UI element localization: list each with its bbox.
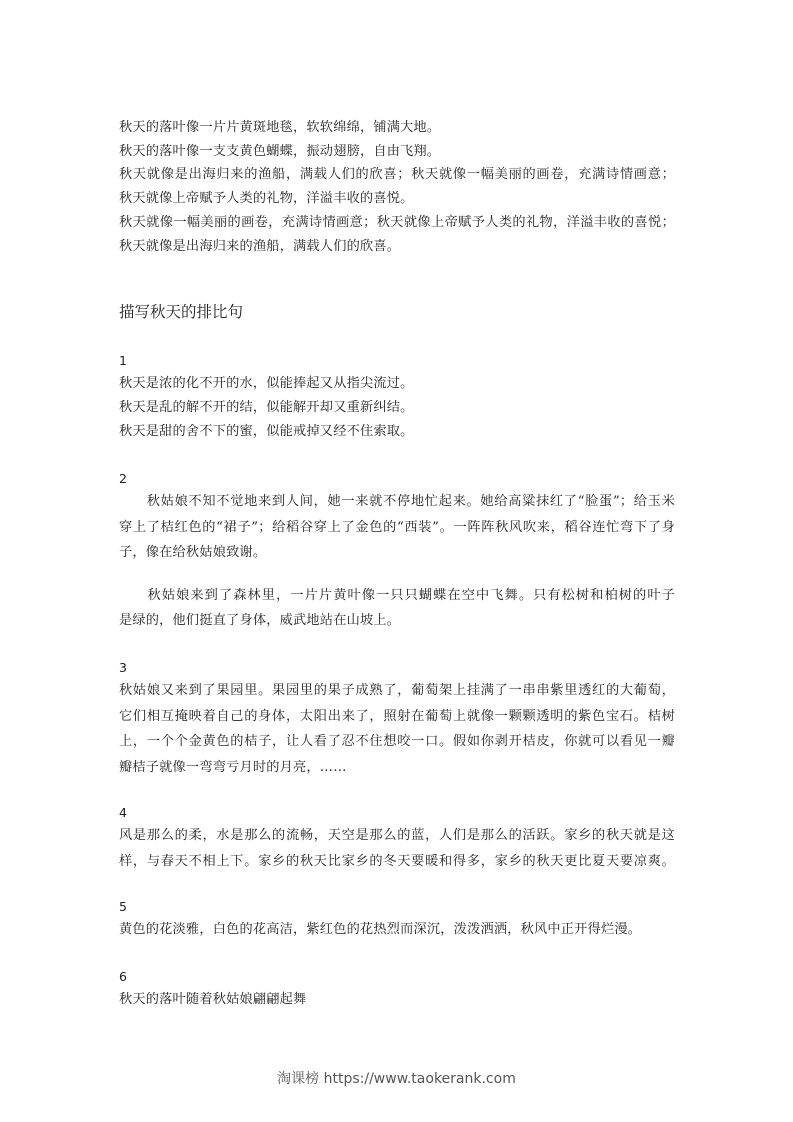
section-heading: 描写秋天的排比句	[119, 300, 243, 324]
intro-line: 秋天就像是出海归来的渔船，满载人们的欣喜。	[119, 235, 675, 259]
section-line: 秋姑娘不知不觉地来到人间，她一来就不停地忙起来。她给高粱抹红了“脸蛋”；给玉米	[119, 490, 675, 514]
section-line: 秋姑娘又来到了果园里。果园里的果子成熟了，葡萄架上挂满了一串串紫里透红的大葡萄，	[119, 679, 675, 703]
section-line: 秋天的落叶随着秋姑娘翩翩起舞	[119, 988, 675, 1012]
section-line: 风是那么的柔，水是那么的流畅，天空是那么的蓝，人们是那么的活跃。家乡的秋天就是这	[119, 824, 675, 848]
section-number: 4	[119, 803, 127, 823]
section-line: 秋天是甜的舍不下的蜜，似能戒掉又经不住索取。	[119, 420, 675, 444]
section-number: 2	[119, 469, 127, 489]
section-number: 1	[119, 351, 127, 371]
section-line: 它们相互掩映着自己的身体，太阳出来了，照射在葡萄上就像一颗颗透明的紫色宝石。桔树	[119, 705, 675, 729]
intro-line: 秋天就像一幅美丽的画卷，充满诗情画意；秋天就像上帝赋予人类的礼物，洋溢丰收的喜悦…	[119, 211, 675, 235]
section-line: 上，一个个金黄色的桔子，让人看了忍不住想咬一口。假如你剥开桔皮，你就可以看见一瓣	[119, 730, 675, 754]
section-line: 秋天是浓的化不开的水，似能捧起又从指尖流过。	[119, 372, 675, 396]
intro-line: 秋天就像上帝赋予人类的礼物，洋溢丰收的喜悦。	[119, 187, 675, 211]
section-line: 秋姑娘来到了森林里，一片片黄叶像一只只蝴蝶在空中飞舞。只有松树和柏树的叶子	[119, 584, 675, 608]
section-line: 瓣桔子就像一弯弯亏月时的月亮，……	[119, 756, 675, 780]
section-number: 3	[119, 658, 127, 678]
section-line: 黄色的花淡雅，白色的花高洁，紫红色的花热烈而深沉，泼泼洒洒，秋风中正开得烂漫。	[119, 918, 675, 942]
intro-line: 秋天的落叶像一片片黄斑地毯，软软绵绵，铺满大地。	[119, 116, 675, 140]
intro-line: 秋天就像是出海归来的渔船，满载人们的欣喜；秋天就像一幅美丽的画卷，充满诗情画意；	[119, 163, 675, 187]
intro-line: 秋天的落叶像一支支黄色蝴蝶，振动翅膀，自由飞翔。	[119, 140, 675, 164]
footer-watermark: 淘课榜 https://www.taokerank.com	[0, 1068, 793, 1088]
section-line: 子，像在给秋姑娘致谢。	[119, 541, 675, 565]
section-line: 样，与春天不相上下。家乡的秋天比家乡的冬天要暖和得多，家乡的秋天更比夏天要凉爽。	[119, 850, 675, 874]
section-line: 秋天是乱的解不开的结，似能解开却又重新纠结。	[119, 396, 675, 420]
section-number: 6	[119, 967, 127, 987]
section-line: 穿上了桔红色的“裙子”；给稻谷穿上了金色的“西装”。一阵阵秋风吹来，稻谷连忙弯下…	[119, 516, 675, 540]
section-line: 是绿的，他们挺直了身体，威武地站在山坡上。	[119, 609, 675, 633]
section-number: 5	[119, 897, 127, 917]
